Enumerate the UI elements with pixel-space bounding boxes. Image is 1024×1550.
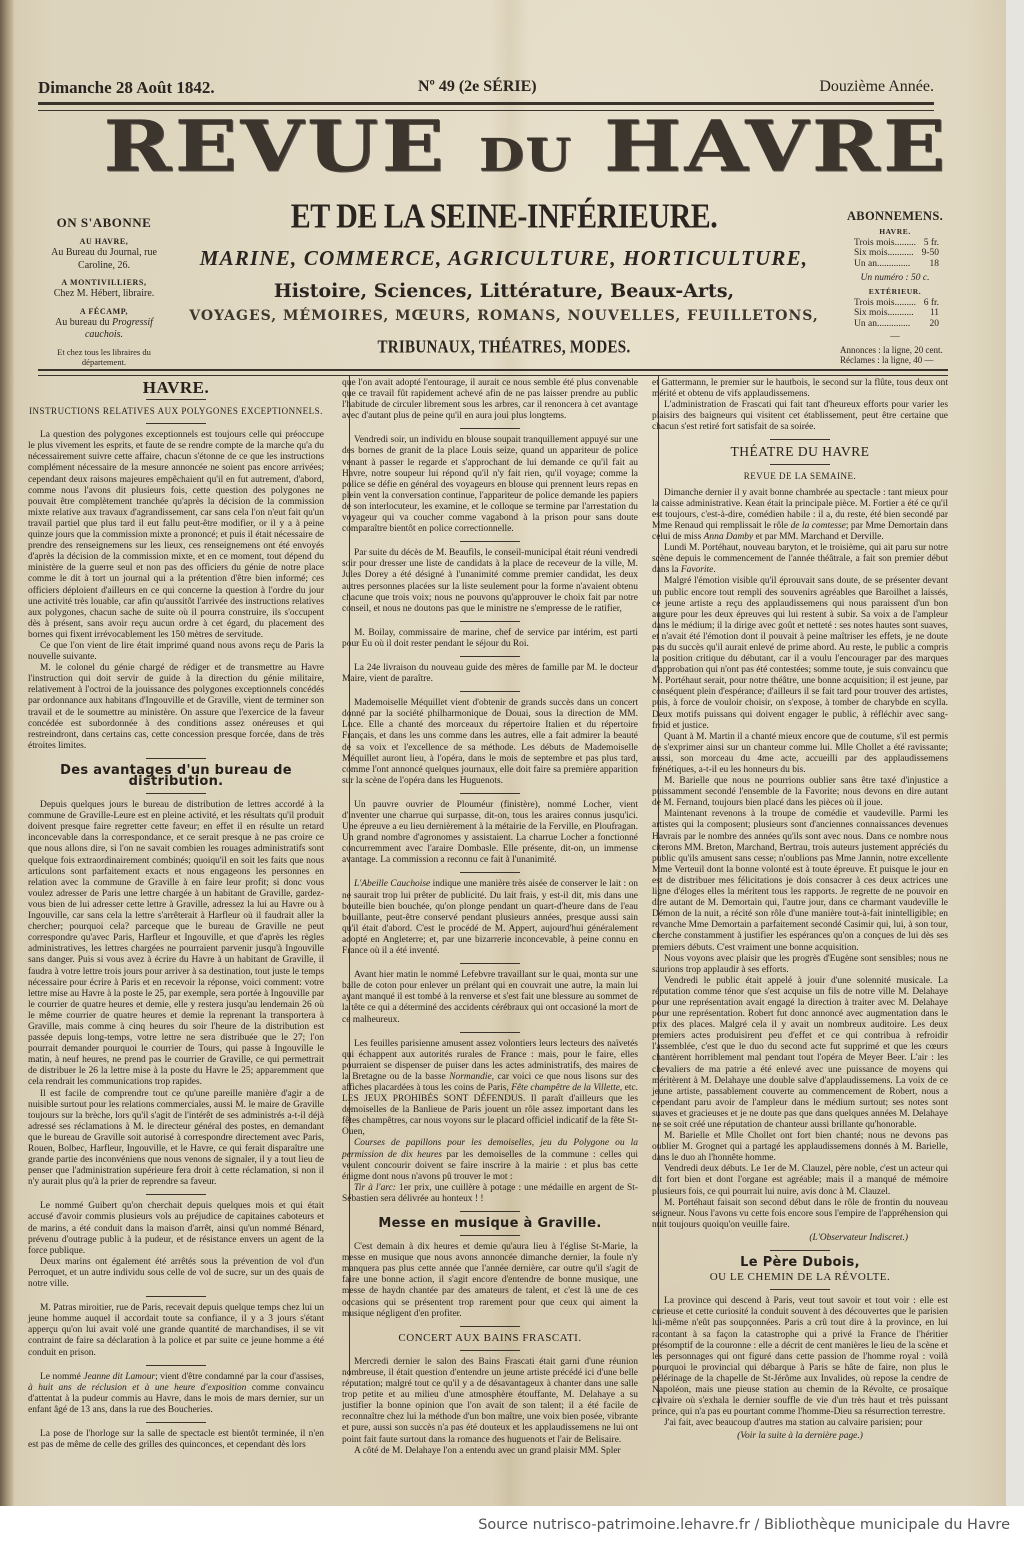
text-run: et par MM. Marchand et Derville. (753, 532, 884, 542)
separator (460, 1032, 520, 1033)
text-run: ; vient d'être condamné par la cour d'as… (155, 1372, 324, 1382)
separator (146, 423, 206, 424)
article-paragraph: M. Portéhaut faisait son second début da… (652, 1198, 948, 1231)
title-word-du: DU (479, 128, 572, 181)
text-italic: L'Abeille Cauchoise (354, 879, 430, 889)
article-paragraph: Par suite du décès de M. Beaufils, le co… (342, 548, 638, 615)
rate-price: 6 fr. (924, 298, 939, 308)
subscribe-heading: ON S'ABONNE (40, 215, 168, 231)
subscription-locations: ON S'ABONNE AU HAVRE, Au Bureau du Journ… (40, 215, 168, 368)
article-paragraph: Mademoiselle Méquillet vient d'obtenir d… (342, 698, 638, 787)
article-paragraph: L'administration de Frascati qui fait ta… (652, 400, 948, 433)
separator (460, 656, 520, 657)
separator (770, 1250, 830, 1251)
separator (460, 621, 520, 622)
separator (770, 1289, 830, 1290)
article-paragraph: Avant hier matin le nommé Lefebvre trava… (342, 970, 638, 1025)
separator (460, 1350, 520, 1351)
separator (146, 793, 206, 794)
text-italic: à huit ans de réclusion et à une heure d… (28, 1383, 246, 1393)
article-paragraph: A côté de M. Delahaye l'on a entendu ave… (342, 1446, 638, 1457)
separator (770, 439, 830, 440)
article-subheading-polygones: INSTRUCTIONS RELATIVES AUX POLYGONES EXC… (28, 406, 324, 417)
column-3: et Gattermann, le premier sur le hautboi… (652, 378, 948, 1442)
text-italic: Tir à l'arc: (354, 1183, 396, 1193)
text-italic: Favorite (681, 565, 714, 575)
rate-price: 9-50 (922, 248, 939, 258)
subscription-rates: ABONNEMENS. HAVRE. Trois mois..........5… (840, 210, 950, 366)
article-paragraph: et Gattermann, le premier sur le hautboi… (652, 378, 948, 400)
rate-period: Trois mois.......... (854, 238, 916, 248)
text-italic: Jeanne dit Lamour (83, 1372, 155, 1382)
article-paragraph: M. Boilay, commissaire de marine, chef d… (342, 628, 638, 650)
location-others: Et chez tous les libraires du départemen… (40, 347, 168, 368)
text-italic: de la comtesse (791, 521, 846, 531)
text-run: indique une manière très aisée de conser… (342, 879, 638, 956)
separator (460, 963, 520, 964)
section-subheading-revue: REVUE DE LA SEMAINE. (652, 471, 948, 482)
location-havre-address: Au Bureau du Journal, rue Caroline, 26. (40, 247, 168, 272)
article-heading-concert: CONCERT AUX BAINS FRASCATI. (342, 1333, 638, 1344)
rate-row: Un an..............20 (840, 319, 939, 329)
rate-period: Un an.............. (854, 259, 910, 269)
feuilleton-title: Le Père Dubois, (652, 1257, 948, 1268)
rate-row: Trois mois.........6 fr. (840, 298, 939, 308)
issue-year: Douzième Année. (819, 78, 934, 96)
location-montivilliers: A MONTIVILLIERS, (40, 278, 168, 288)
article-paragraph: que l'on avait adopté l'entourage, il au… (342, 378, 638, 422)
categories-line-1: MARINE, COMMERCE, AGRICULTURE, HORTICULT… (164, 246, 844, 271)
newspaper-subtitle: ET DE LA SEINE-INFÉRIEURE. (164, 197, 844, 236)
article-paragraph: Tir à l'arc: 1er prix, une cuillère à po… (342, 1183, 638, 1205)
separator (460, 1235, 520, 1236)
article-heading-messe: Messe en musique à Graville. (342, 1218, 638, 1229)
separator (146, 399, 206, 400)
separator (770, 464, 830, 465)
article-paragraph: Un pauvre ouvrier de Plouméur (finistère… (342, 800, 638, 867)
article-paragraph: C'est demain à dix heures et demie qu'au… (342, 1242, 638, 1320)
article-paragraph: Courses de papillons pour les demoiselle… (342, 1138, 638, 1182)
article-paragraph: M. Barielle que nous ne pourrions oublie… (652, 776, 948, 809)
newspaper-title: REVUE DU HAVRE (64, 112, 988, 182)
article-paragraph: Il est facile de comprendre tout ce qu'u… (28, 1089, 324, 1189)
title-word-havre: HAVRE (604, 106, 949, 188)
separator (146, 1365, 206, 1366)
dateline: Dimanche 28 Août 1842. Nº 49 (2e SÉRIE) … (38, 78, 934, 100)
single-issue-price: Un numéro : 50 c. (840, 273, 950, 283)
location-fecamp-address: Au bureau du Progressif cauchois. (40, 317, 168, 342)
rate-period: Six mois........... (854, 248, 914, 258)
article-paragraph: Vendredi deux débuts. Le 1er de M. Clauz… (652, 1164, 948, 1197)
rates-heading: ABONNEMENS. (840, 210, 950, 224)
article-paragraph: M. Patras miroitier, rue de Paris, recev… (28, 1303, 324, 1358)
article-paragraph: Depuis quelques jours le bureau de distr… (28, 800, 324, 1088)
location-fecamp: A FÉCAMP, (40, 307, 168, 317)
separator (146, 1194, 206, 1195)
book-binding (0, 0, 14, 1506)
article-paragraph: Maintenant revenons à la troupe de coméd… (652, 809, 948, 953)
article-paragraph: Vendredi le public était appelé à jouir … (652, 976, 948, 1131)
rate-period: Trois mois......... (854, 298, 916, 308)
section-heading-havre: HAVRE. (28, 382, 324, 393)
header-bottom-rule (38, 369, 948, 376)
separator (146, 1296, 206, 1297)
article-paragraph: Dimanche dernier il y avait bonne chambr… (652, 488, 948, 543)
article-paragraph: Le nommé Guibert qu'on cherchait depuis … (28, 1201, 324, 1256)
separator (460, 793, 520, 794)
article-paragraph: Nous voyons avec plaisir que les progrès… (652, 954, 948, 976)
issue-date: Dimanche 28 Août 1842. (38, 78, 215, 98)
text-run: Le nommé (40, 1372, 83, 1382)
location-montivilliers-address: Chez M. Hébert, libraire. (40, 288, 168, 301)
rates-exterior-label: EXTÉRIEUR. (840, 288, 950, 296)
categories-line-2: Histoire, Sciences, Littérature, Beaux-A… (164, 280, 844, 302)
continued-notice: (Voir la suite à la dernière page.) (652, 1431, 948, 1442)
issue-number: Nº 49 (2e SÉRIE) (418, 78, 537, 96)
text-italic: Normandie (449, 1072, 491, 1082)
categories-line-3: VOYAGES, MÉMOIRES, MŒURS, ROMANS, NOUVEL… (164, 308, 844, 324)
article-paragraph: M. le colonel du génie chargé de rédiger… (28, 663, 324, 752)
separator (460, 872, 520, 873)
location-havre: AU HAVRE, (40, 237, 168, 247)
article-signature: (L'Observateur Indiscret.) (652, 1233, 948, 1244)
article-paragraph: Mercredi dernier le salon des Bains Fras… (342, 1357, 638, 1446)
rate-row: Trois mois..........5 fr. (840, 238, 939, 248)
rates-havre-list: Trois mois..........5 fr.Six mois.......… (840, 238, 950, 269)
rate-price: 20 (930, 319, 940, 329)
separator (460, 541, 520, 542)
article-paragraph: Malgré l'émotion visible qu'il éprouvait… (652, 576, 948, 731)
article-paragraph: Lundi M. Portéhaut, nouveau baryton, et … (652, 543, 948, 576)
rate-price: 11 (930, 308, 939, 318)
article-paragraph: Le nommé Jeanne dit Lamour; vient d'être… (28, 1372, 324, 1416)
rate-row: Un an..............18 (840, 259, 939, 269)
separator (146, 1422, 206, 1423)
rate-row: Six mois...........11 (840, 308, 939, 318)
article-paragraph: Deux marins ont également été arrêtés so… (28, 1257, 324, 1290)
article-heading-bureau: Des avantages d'un bureau de distributio… (28, 765, 324, 787)
article-paragraph: La question des polygones exceptionnels … (28, 430, 324, 641)
fecamp-text: Au bureau du (55, 317, 109, 328)
rate-period: Six mois........... (854, 308, 914, 318)
section-heading-theatre: THÉATRE DU HAVRE (652, 446, 948, 457)
article-paragraph: La province qui descend à Paris, veut to… (652, 1296, 948, 1418)
rate-period: Un an.............. (854, 319, 910, 329)
rates-divider: — (840, 332, 950, 342)
separator (460, 428, 520, 429)
feuilleton-subtitle: OU LE CHEMIN DE LA RÉVOLTE. (652, 1272, 948, 1283)
column-2: que l'on avait adopté l'entourage, il au… (342, 378, 638, 1457)
rates-havre-label: HAVRE. (840, 228, 950, 236)
separator (460, 691, 520, 692)
article-paragraph: M. Barielle et Mlle Chollet ont fort bie… (652, 1131, 948, 1164)
rates-exterior-list: Trois mois.........6 fr.Six mois........… (840, 298, 950, 329)
text-italic: Anna Damby (704, 532, 754, 542)
source-credit[interactable]: Source nutrisco-patrimoine.lehavre.fr / … (478, 1517, 1010, 1533)
article-paragraph: Quant à M. Martin il a chanté mieux enco… (652, 732, 948, 776)
article-paragraph: Vendredi soir, un individu en blouse sou… (342, 435, 638, 535)
rate-price: 5 fr. (924, 238, 939, 248)
rate-price: 18 (930, 259, 940, 269)
rate-row: Six mois...........9-50 (840, 248, 939, 258)
column-1: HAVRE. INSTRUCTIONS RELATIVES AUX POLYGO… (28, 378, 324, 1451)
reclame-rate: Réclames : la ligne, 40 — (840, 356, 950, 366)
separator (460, 1326, 520, 1327)
title-word-revue: REVUE (103, 106, 447, 188)
text-run: . (713, 565, 715, 575)
article-paragraph: La 24e livraison du nouveau guide des mè… (342, 663, 638, 685)
article-paragraph: Ce que l'on vient de lire était imprimé … (28, 641, 324, 663)
categories-line-4: TRIBUNAUX, THÉATRES, MODES. (164, 338, 844, 358)
article-paragraph: L'Abeille Cauchoise indique une manière … (342, 879, 638, 957)
separator (146, 758, 206, 759)
text-italic: Fête champêtre de la Villette (511, 1083, 620, 1093)
scan-margin (1006, 0, 1024, 1506)
article-paragraph: J'ai fait, avec beaucoup d'autres ma sta… (652, 1418, 948, 1429)
separator (460, 1211, 520, 1212)
article-paragraph: Les feuilles parisienne amusent assez vo… (342, 1039, 638, 1139)
article-paragraph: La pose de l'horloge sur la salle de spe… (28, 1429, 324, 1451)
